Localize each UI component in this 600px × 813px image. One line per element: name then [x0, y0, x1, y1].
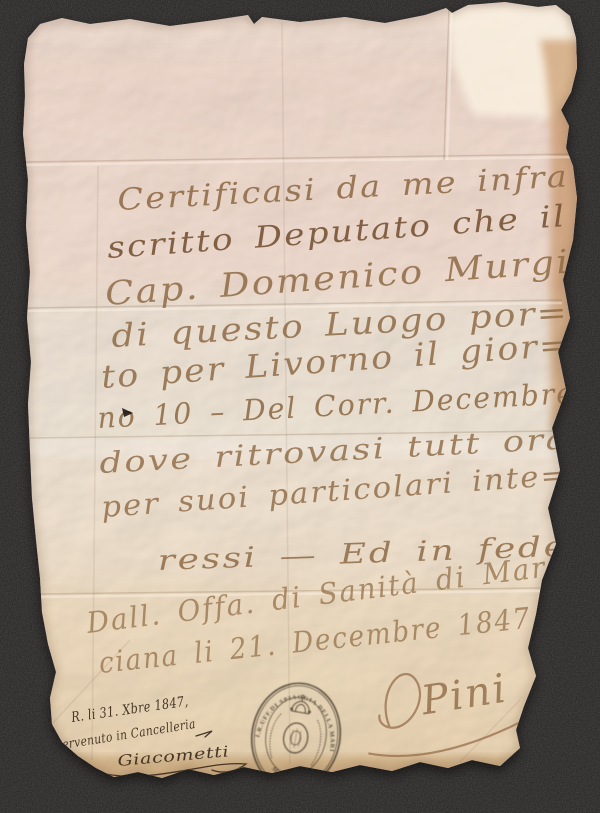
photo-of-letter: Certificasi da me infra scritto Deputato…	[0, 0, 600, 813]
